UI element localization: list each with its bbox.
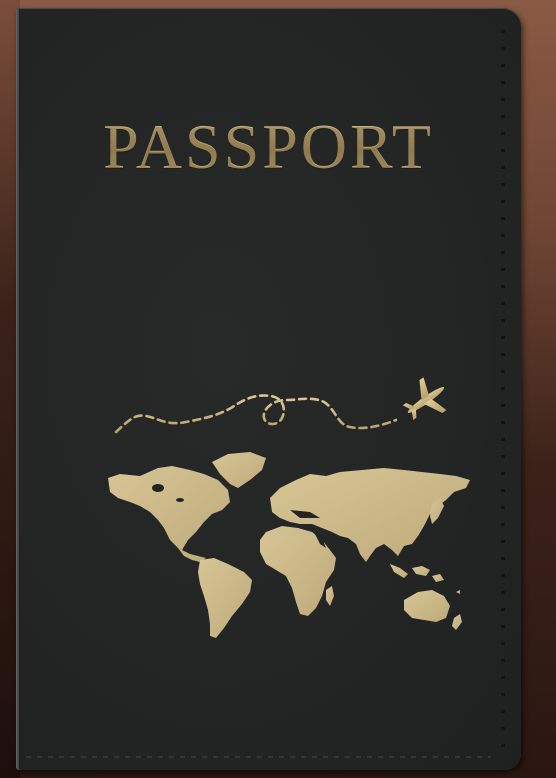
flight-path-icon xyxy=(96,370,476,450)
africa xyxy=(260,526,336,616)
madagascar xyxy=(326,586,334,606)
south-america xyxy=(198,558,252,638)
passport-title: PASSPORT xyxy=(16,110,521,184)
north-america xyxy=(108,466,230,562)
airplane-icon xyxy=(397,371,456,429)
world-map-icon xyxy=(100,440,480,650)
australia xyxy=(404,590,450,622)
bottom-stitching xyxy=(26,756,491,758)
